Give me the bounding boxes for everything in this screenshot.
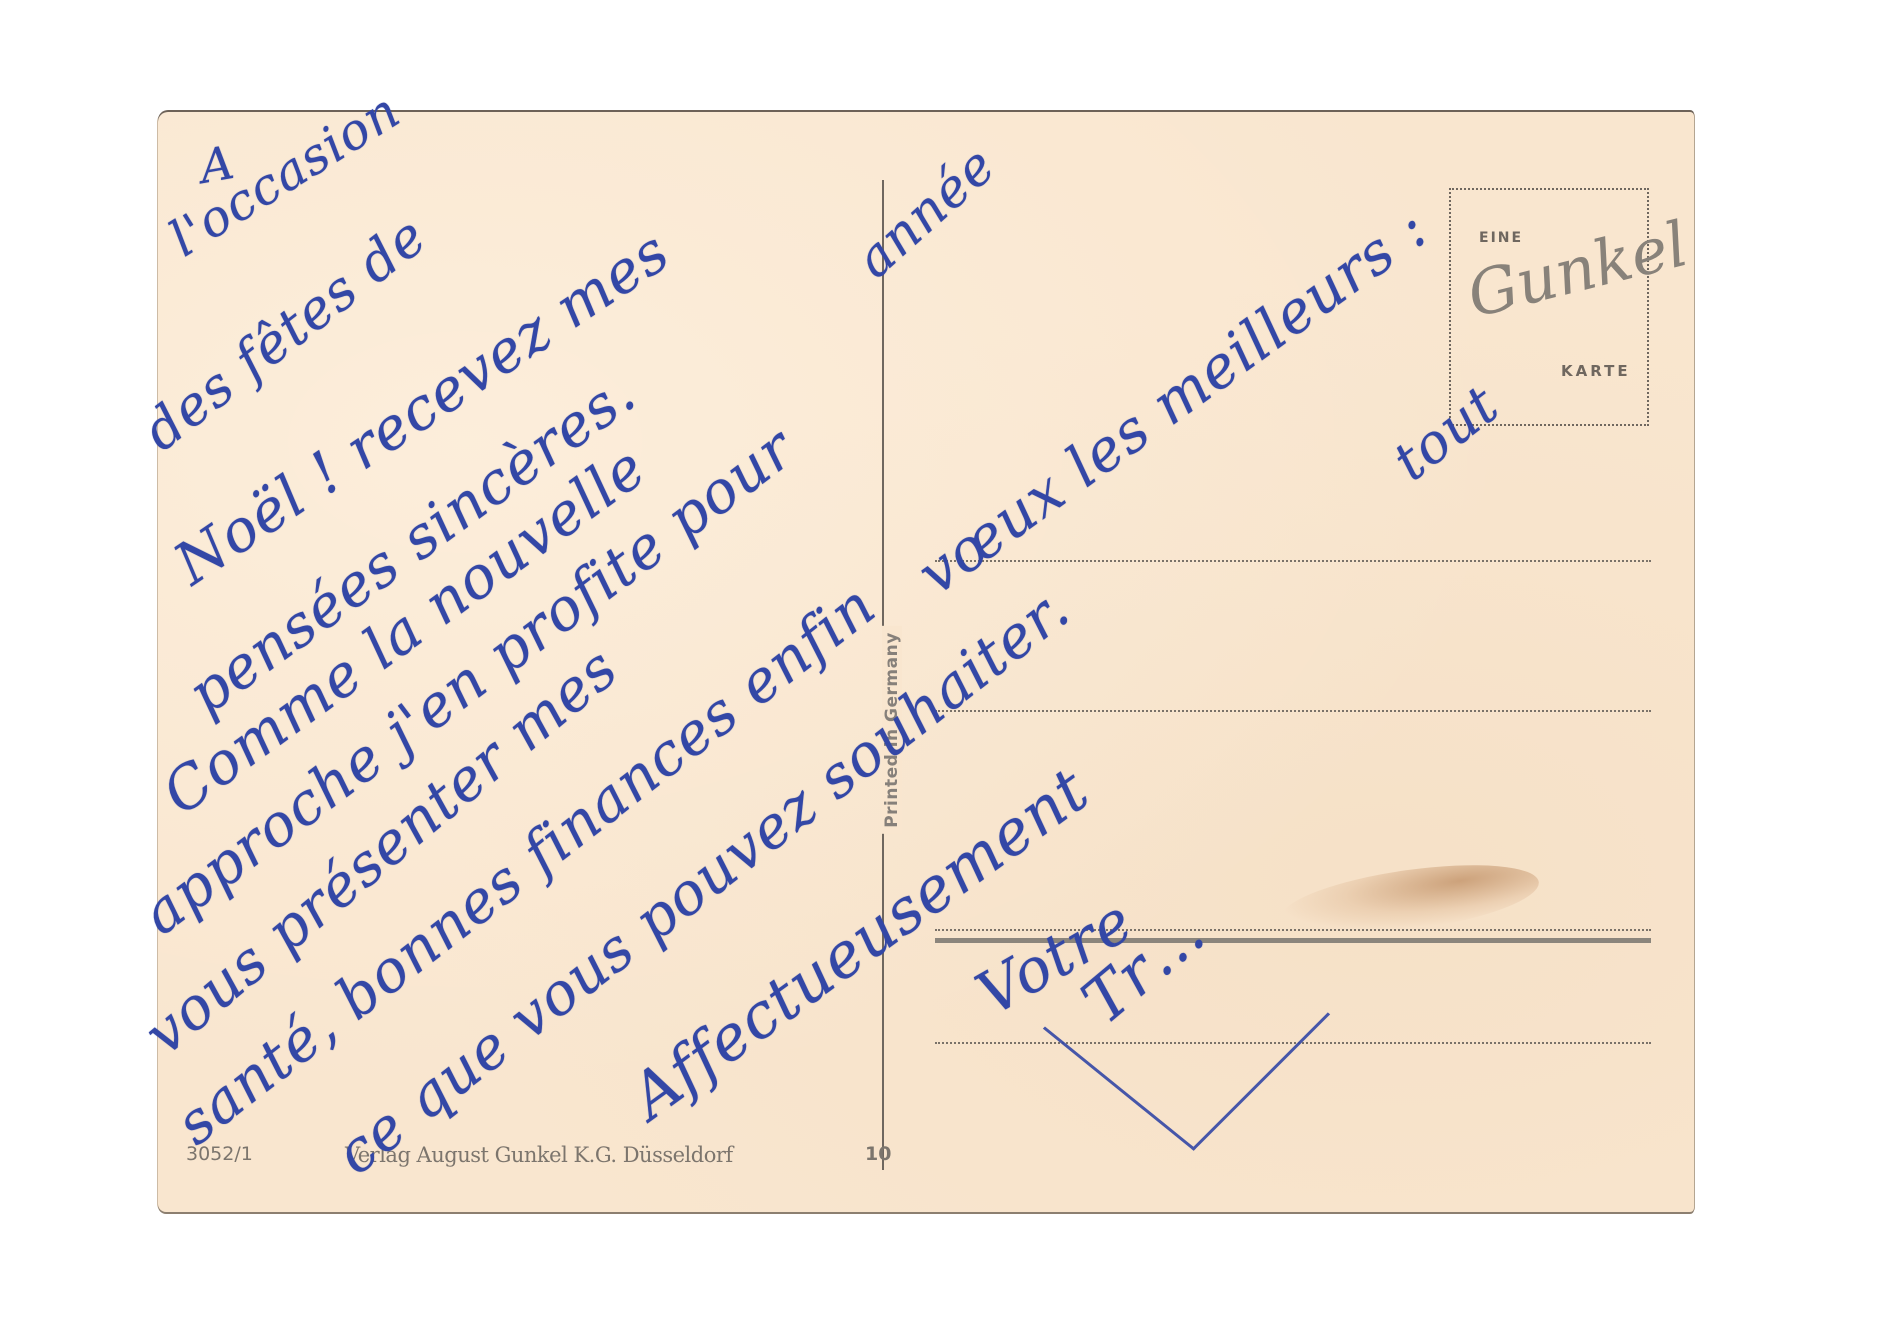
stamp-top-label: EINE (1479, 230, 1523, 246)
stamp-bottom-label: KARTE (1561, 362, 1631, 380)
address-line-1 (935, 560, 1651, 562)
address-line-2 (935, 710, 1651, 712)
page-number: 10 (865, 1143, 891, 1165)
